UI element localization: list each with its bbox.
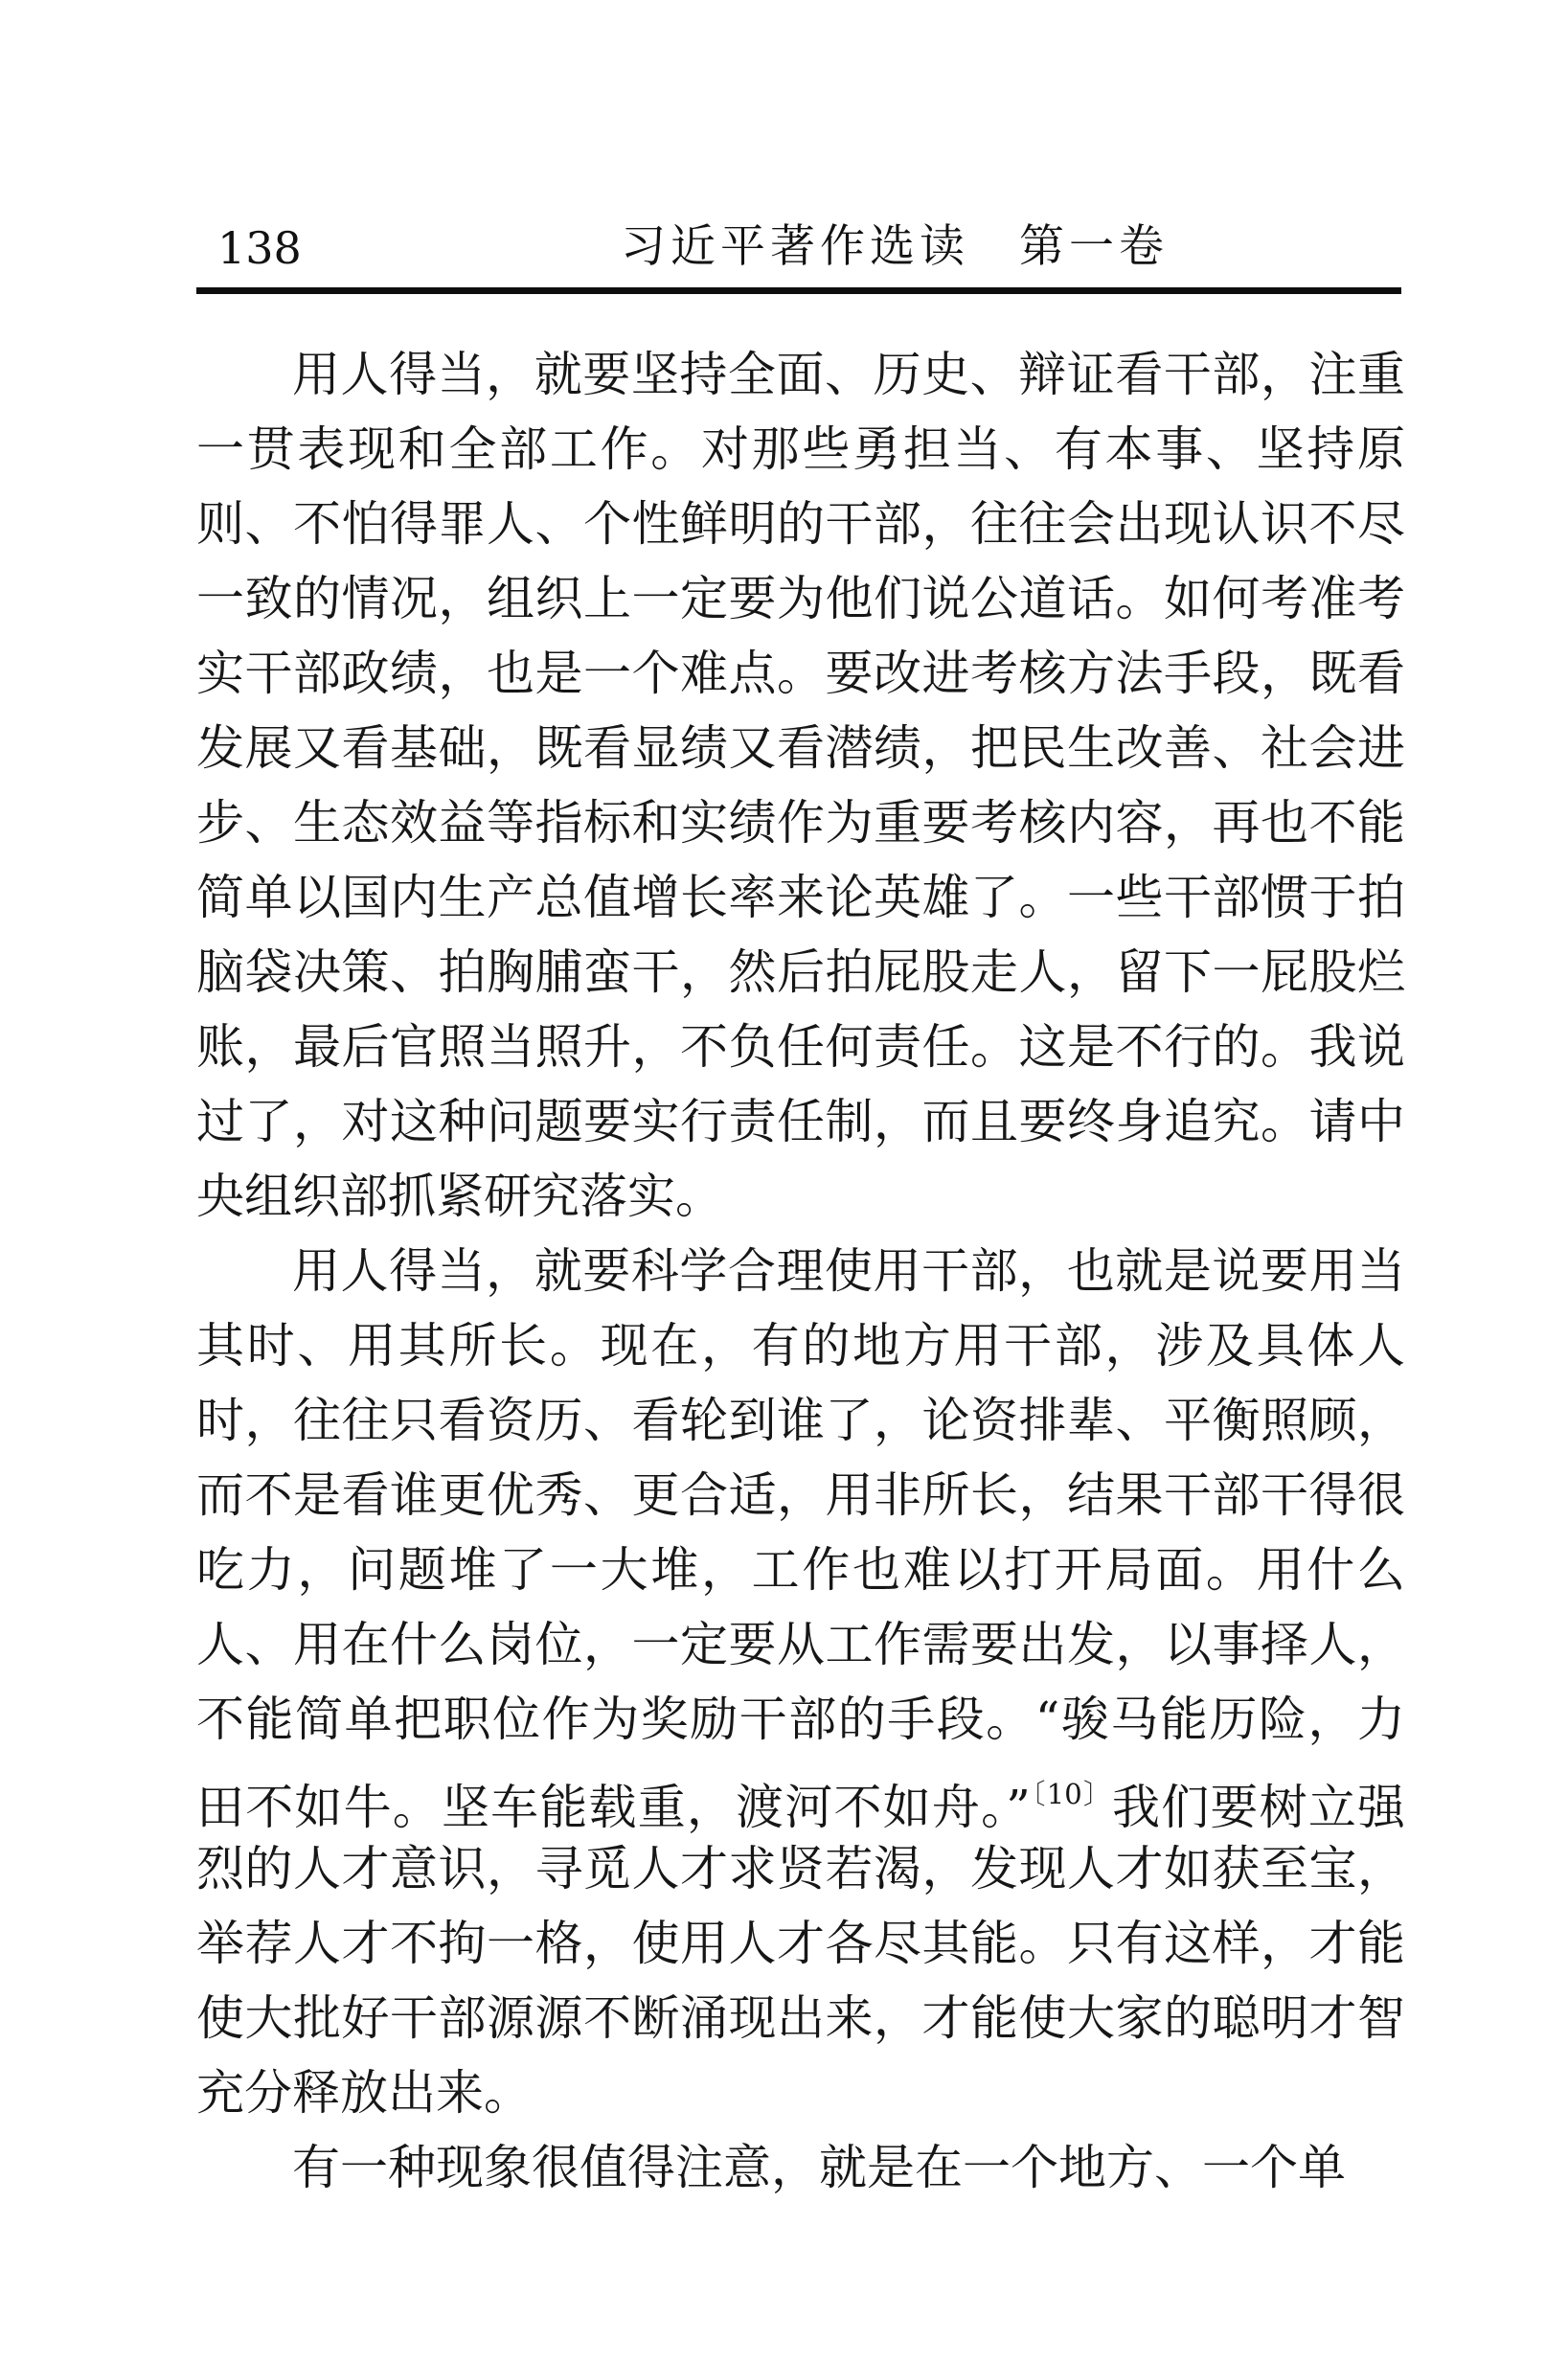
body-line: 使大批好干部源源不断涌现出来，才能使大家的聪明才智 — [196, 1981, 1405, 2055]
body-line: 时，往往只看资历、看轮到谁了，论资排辈、平衡照顾， — [196, 1383, 1405, 1458]
body-line: 一贯表现和全部工作。对那些勇担当、有本事、坚持原 — [196, 412, 1405, 487]
body-line: 发展又看基础，既看显绩又看潜绩，把民生改善、社会进 — [196, 711, 1405, 785]
footnote-ref: 〔10〕 — [1031, 1778, 1112, 1810]
body-line: 则、不怕得罪人、个性鲜明的干部，往往会出现认识不尽 — [196, 487, 1405, 561]
body-line: 脑袋决策、拍胸脯蛮干，然后拍屁股走人，留下一屁股烂 — [196, 935, 1405, 1010]
body-line: 有一种现象很值得注意，就是在一个地方、一个单 — [196, 2130, 1405, 2205]
body-line: 过了，对这种问题要实行责任制，而且要终身追究。请中 — [196, 1084, 1405, 1159]
body-text: 用人得当，就要坚持全面、历史、辩证看干部，注重一贯表现和全部工作。对那些勇担当、… — [196, 337, 1405, 2205]
book-page: 138 习近平著作选读 第一卷 用人得当，就要坚持全面、历史、辩证看干部，注重一… — [0, 0, 1568, 2362]
body-line: 人、用在什么岗位，一定要从工作需要出发，以事择人， — [196, 1607, 1405, 1682]
body-line: 举荐人才不拘一格，使用人才各尽其能。只有这样，才能 — [196, 1906, 1405, 1981]
body-line: 充分释放出来。 — [196, 2055, 1405, 2130]
body-line: 账，最后官照当照升，不负任何责任。这是不行的。我说 — [196, 1010, 1405, 1084]
body-line: 不能简单把职位作为奖励干部的手段。“骏马能历险，力 — [196, 1682, 1405, 1757]
body-line: 步、生态效益等指标和实绩作为重要考核内容，再也不能 — [196, 785, 1405, 860]
running-title: 习近平著作选读 第一卷 — [621, 223, 1169, 271]
body-line: 田不如牛。坚车能载重，渡河不如舟。”〔10〕我们要树立强 — [196, 1757, 1405, 1831]
body-line: 简单以国内生产总值增长率来论英雄了。一些干部惯于拍 — [196, 860, 1405, 935]
body-line: 一致的情况，组织上一定要为他们说公道话。如何考准考 — [196, 561, 1405, 636]
body-line: 央组织部抓紧研究落实。 — [196, 1159, 1405, 1234]
body-line: 用人得当，就要科学合理使用干部，也就是说要用当 — [196, 1234, 1405, 1308]
body-line: 而不是看谁更优秀、更合适，用非所长，结果干部干得很 — [196, 1458, 1405, 1533]
body-line: 吃力，问题堆了一大堆，工作也难以打开局面。用什么 — [196, 1533, 1405, 1607]
body-line: 用人得当，就要坚持全面、历史、辩证看干部，注重 — [196, 337, 1405, 412]
body-line: 烈的人才意识，寻觅人才求贤若渴，发现人才如获至宝， — [196, 1831, 1405, 1906]
header-rule — [196, 287, 1401, 294]
page-number: 138 — [217, 226, 302, 270]
body-line: 其时、用其所长。现在，有的地方用干部，涉及具体人 — [196, 1308, 1405, 1383]
body-line: 实干部政绩，也是一个难点。要改进考核方法手段，既看 — [196, 636, 1405, 711]
